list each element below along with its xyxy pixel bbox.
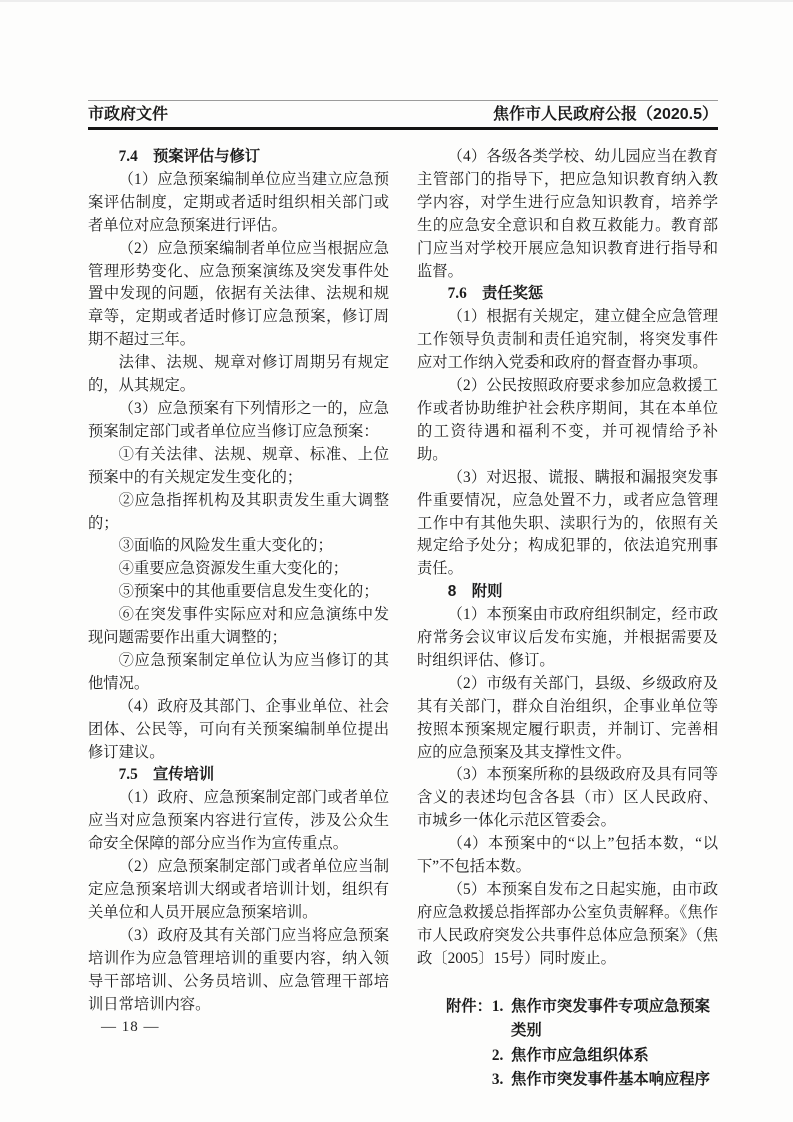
- attachment-item-title: 焦作市突发事件专项应急预案类别: [511, 995, 712, 1044]
- right-column: （4）各级各类学校、幼儿园应当在教育主管部门的指导下，把应急知识教育纳入教学内容…: [417, 146, 718, 1093]
- attachment-item-number: 2.: [492, 1044, 511, 1069]
- attachment-item-number: 3.: [492, 1068, 511, 1093]
- header-section-title: 市政府文件: [88, 105, 168, 124]
- page-header: 市政府文件 焦作市人民政府公报（2020.5）: [88, 100, 718, 130]
- paragraph: （1）政府、应急预案制定部门或者单位应当对应急预案内容进行宣传，涉及公众生命安全…: [88, 787, 389, 856]
- left-column: 7.4 预案评估与修订（1）应急预案编制单位应当建立应急预案评估制度，定期或者适…: [88, 146, 389, 1093]
- paragraph: （3）应急预案有下列情形之一的，应急预案制定部门或者单位应当修订应急预案：: [88, 398, 389, 444]
- paragraph: （3）政府及其有关部门应当将应急预案培训作为应急管理培训的重要内容，纳入领导干部…: [88, 925, 389, 1017]
- paragraph: （5）本预案自发布之日起实施，由市政府应急救援总指挥部办公室负责解释。《焦作市人…: [417, 879, 718, 971]
- attachments-list: 1.焦作市突发事件专项应急预案类别2.焦作市应急组织体系3.焦作市突发事件基本响…: [492, 995, 712, 1093]
- paragraph: （4）本预案中的“以上”包括本数，“以下”不包括本数。: [417, 833, 718, 879]
- attachment-item-number: 1.: [492, 995, 511, 1044]
- attachment-item-title: 焦作市突发事件基本响应程序: [511, 1068, 710, 1093]
- paragraph: ⑥在突发事件实际应对和应急演练中发现问题需要作出重大调整的；: [88, 604, 389, 650]
- paragraph: ②应急指挥机构及其职责发生重大调整的；: [88, 490, 389, 536]
- paragraph: ④重要应急资源发生重大变化的；: [88, 558, 389, 581]
- paragraph: （2）应急预案编制者单位应当根据应急管理形势变化、应急预案演练及突发事件处置中发…: [88, 238, 389, 353]
- paragraph: ⑤预案中的其他重要信息发生变化的；: [88, 581, 389, 604]
- page-number: — 18 —: [101, 1019, 160, 1035]
- attachment-item: 2.焦作市应急组织体系: [492, 1044, 712, 1069]
- gazette-page: 市政府文件 焦作市人民政府公报（2020.5） 7.4 预案评估与修订（1）应急…: [0, 0, 793, 1122]
- paragraph: （4）各级各类学校、幼儿园应当在教育主管部门的指导下，把应急知识教育纳入教学内容…: [417, 146, 718, 283]
- paragraph: （4）政府及其部门、企事业单位、社会团体、公民等，可向有关预案编制单位提出修订建…: [88, 696, 389, 765]
- paragraph: ⑦应急预案制定单位认为应当修订的其他情况。: [88, 650, 389, 696]
- attachments-block: 附件：1.焦作市突发事件专项应急预案类别2.焦作市应急组织体系3.焦作市突发事件…: [417, 995, 718, 1093]
- chapter-heading: 8 附则: [417, 581, 718, 604]
- page-top-edge: [0, 0, 793, 2]
- paragraph: （1）根据有关规定，建立健全应急管理工作领导负责制和责任追究制，将突发事件应对工…: [417, 306, 718, 375]
- attachment-item-title: 焦作市应急组织体系: [511, 1044, 649, 1069]
- attachment-item: 1.焦作市突发事件专项应急预案类别: [492, 995, 712, 1044]
- header-publication-title: 焦作市人民政府公报（2020.5）: [493, 105, 718, 124]
- page-footer: — 18 —: [101, 1019, 160, 1036]
- paragraph: （1）应急预案编制单位应当建立应急预案评估制度，定期或者适时组织相关部门或者单位…: [88, 169, 389, 238]
- section-heading: 7.6 责任奖惩: [417, 283, 718, 306]
- paragraph: 法律、法规、规章对修订周期另有规定的，从其规定。: [88, 352, 389, 398]
- section-heading: 7.5 宣传培训: [88, 764, 389, 787]
- paragraph: ①有关法律、法规、规章、标准、上位预案中的有关规定发生变化的；: [88, 444, 389, 490]
- paragraph: （2）应急预案制定部门或者单位应当制定应急预案培训大纲或者培训计划，组织有关单位…: [88, 856, 389, 925]
- paragraph: （1）本预案由市政府组织制定，经市政府常务会议审议后发布实施，并根据需要及时组织…: [417, 604, 718, 673]
- attachment-item: 3.焦作市突发事件基本响应程序: [492, 1068, 712, 1093]
- paragraph: （3）本预案所称的县级政府及具有同等含义的表述均包含各县（市）区人民政府、市城乡…: [417, 764, 718, 833]
- paragraph: （2）公民按照政府要求参加应急救援工作或者协助维护社会秩序期间，其在本单位的工资…: [417, 375, 718, 467]
- document-body: 7.4 预案评估与修订（1）应急预案编制单位应当建立应急预案评估制度，定期或者适…: [88, 146, 718, 1093]
- attachments-label: 附件：: [446, 995, 492, 1093]
- paragraph: （3）对迟报、谎报、瞒报和漏报突发事件重要情况，应急处置不力，或者应急管理工作中…: [417, 467, 718, 582]
- section-heading: 7.4 预案评估与修订: [88, 146, 389, 169]
- paragraph: （2）市级有关部门，县级、乡级政府及其有关部门，群众自治组织，企事业单位等按照本…: [417, 673, 718, 765]
- paragraph: ③面临的风险发生重大变化的；: [88, 535, 389, 558]
